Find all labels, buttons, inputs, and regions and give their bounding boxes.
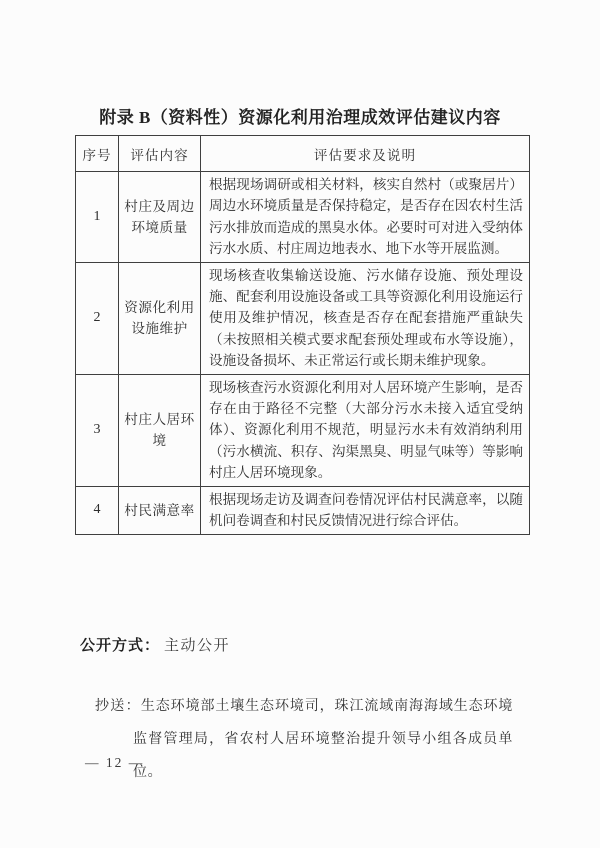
table-row: 3 村庄人居环境 现场核查污水资源化利用对人居环境产生影响，是否存在由于路径不完… xyxy=(76,374,530,486)
row-number: 2 xyxy=(76,262,119,374)
assessment-description: 现场核查收集输送设施、污水储存设施、预处理设施、配套利用设施设备或工具等资源化利… xyxy=(201,262,530,374)
disclosure-label: 公开方式： xyxy=(80,637,160,654)
document-page: 附录 B（资料性）资源化利用治理成效评估建议内容 序号 评估内容 评估要求及说明… xyxy=(0,0,600,848)
row-number: 1 xyxy=(76,172,119,263)
evaluation-table: 序号 评估内容 评估要求及说明 1 村庄及周边环境质量 根据现场调研或相关材料，… xyxy=(75,135,530,535)
row-number: 4 xyxy=(76,486,119,534)
disclosure-line: 公开方式：主动公开 xyxy=(80,634,230,655)
cc-label: 抄送： xyxy=(95,699,141,714)
disclosure-value: 主动公开 xyxy=(164,638,230,654)
column-header-description: 评估要求及说明 xyxy=(201,136,530,172)
assessment-content: 资源化利用设施维护 xyxy=(119,262,201,374)
page-number: — 12 — xyxy=(85,755,144,771)
cc-value: 生态环境部土壤生态环境司，珠江流域南海海域生态环境监督管理局，省农村人居环境整治… xyxy=(133,699,513,780)
column-header-content: 评估内容 xyxy=(119,136,201,172)
table-row: 1 村庄及周边环境质量 根据现场调研或相关材料，核实自然村（或聚居片）周边水环境… xyxy=(76,172,530,263)
table-header-row: 序号 评估内容 评估要求及说明 xyxy=(76,136,530,172)
assessment-content: 村民满意率 xyxy=(119,486,201,534)
row-number: 3 xyxy=(76,374,119,486)
column-header-no: 序号 xyxy=(76,136,119,172)
assessment-content: 村庄人居环境 xyxy=(119,374,201,486)
page-title: 附录 B（资料性）资源化利用治理成效评估建议内容 xyxy=(0,103,600,128)
table-row: 4 村民满意率 根据现场走访及调查问卷情况评估村民满意率，以随机问卷调查和村民反… xyxy=(76,486,530,534)
cc-note: 抄送：生态环境部土壤生态环境司，珠江流域南海海域生态环境监督管理局，省农村人居环… xyxy=(95,690,513,789)
assessment-description: 根据现场调研或相关材料，核实自然村（或聚居片）周边水环境质量是否保持稳定，是否存… xyxy=(201,172,530,263)
assessment-content: 村庄及周边环境质量 xyxy=(119,172,201,263)
table-row: 2 资源化利用设施维护 现场核查收集输送设施、污水储存设施、预处理设施、配套利用… xyxy=(76,262,530,374)
assessment-description: 现场核查污水资源化利用对人居环境产生影响，是否存在由于路径不完整（大部分污水未接… xyxy=(201,374,530,486)
assessment-description: 根据现场走访及调查问卷情况评估村民满意率，以随机问卷调查和村民反馈情况进行综合评… xyxy=(201,486,530,534)
